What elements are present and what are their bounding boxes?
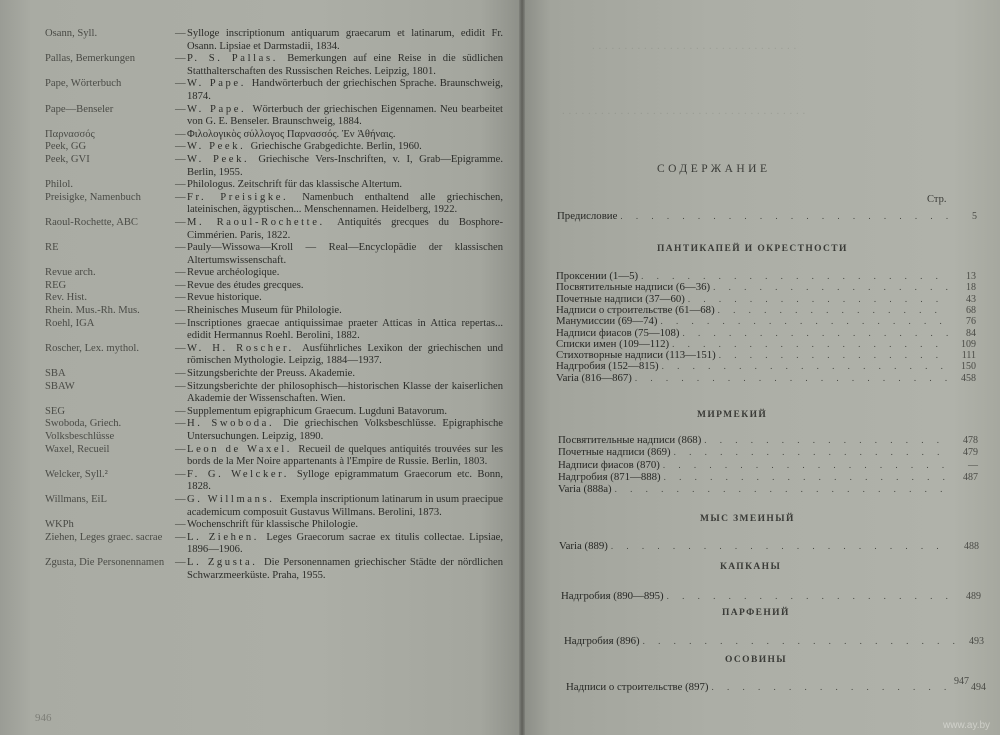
abbreviation-definition: Fr. Preisigke. Namenbuch enthaltend alle… bbox=[187, 192, 503, 217]
toc-entry-label: Предисловие bbox=[557, 210, 617, 223]
abbreviation-key: Zgusta, Die Personennamen bbox=[45, 557, 175, 582]
abbreviation-definition: Wochenschrift für klassische Philologie. bbox=[187, 519, 503, 532]
right-page-contents: . . . . . . . . . . . . . . . . . . . . … bbox=[522, 0, 1000, 735]
toc-section-heading: ПАРФЕНИЙ bbox=[722, 608, 790, 618]
book-gutter bbox=[519, 0, 525, 735]
abbreviation-key: Roscher, Lex. mythol. bbox=[45, 343, 175, 368]
em-dash: — bbox=[175, 53, 187, 78]
definition-text: Rheinisches Museum für Philologie. bbox=[187, 305, 342, 316]
bleed-through-text: . . . . . . . . . . . . . . . . . . . . … bbox=[562, 105, 806, 117]
author-name: P. S. Pallas. bbox=[187, 53, 287, 64]
toc-section-heading: ОСОВИНЫ bbox=[725, 655, 787, 665]
abbreviation-definition: G. Willmans. Exempla inscriptionum latin… bbox=[187, 494, 503, 519]
em-dash: — bbox=[175, 406, 187, 419]
author-name: G. Willmans. bbox=[187, 494, 280, 505]
abbreviation-definition: Philologus. Zeitschrift für das klassisc… bbox=[187, 179, 503, 192]
abbreviation-definition: Leon de Waxel. Recueil de quelques antiq… bbox=[187, 444, 503, 469]
em-dash: — bbox=[175, 267, 187, 280]
abbreviation-entry: SEG—Supplementum epigraphicum Graecum. L… bbox=[45, 406, 503, 419]
abbreviation-entry: Roehl, IGA—Inscriptiones graecae antiqui… bbox=[45, 318, 503, 343]
left-page-abbreviations: Osann, Syll.—Sylloge inscriptionum antiq… bbox=[0, 0, 522, 735]
abbreviation-entry: Willmans, EiL—G. Willmans. Exempla inscr… bbox=[45, 494, 503, 519]
abbreviation-definition: P. S. Pallas. Bemerkungen auf eine Reise… bbox=[187, 53, 503, 78]
author-name: Leon de Waxel. bbox=[187, 444, 298, 455]
abbreviation-entry: Παρνασσός—Φιλολογικὸς σύλλογος Παρνασσός… bbox=[45, 129, 503, 142]
dot-leader: . . . . . . . . . . . . . . . . . . . . … bbox=[667, 590, 954, 603]
abbreviation-key: Peek, GG bbox=[45, 141, 175, 154]
abbreviation-definition: Revue archéologique. bbox=[187, 267, 503, 280]
em-dash: — bbox=[175, 381, 187, 406]
author-name: L. Zgusta. bbox=[187, 557, 264, 568]
toc-section-heading: КАПКАНЫ bbox=[720, 562, 781, 572]
toc-entry: Предисловие. . . . . . . . . . . . . . .… bbox=[557, 210, 977, 224]
definition-text: Supplementum epigraphicum Graecum. Lugdu… bbox=[187, 406, 447, 417]
definition-text: Pauly—Wissowa—Kroll — Real—Encyclopädie … bbox=[187, 242, 503, 266]
em-dash: — bbox=[175, 154, 187, 179]
em-dash: — bbox=[175, 280, 187, 293]
toc-entry-label: Посвятительные надписи (868) bbox=[558, 434, 701, 447]
abbreviation-key: Revue arch. bbox=[45, 267, 175, 280]
toc-page-number: 5 bbox=[953, 211, 977, 224]
dot-leader: . . . . . . . . . . . . . . . . . . . . … bbox=[643, 635, 957, 648]
em-dash: — bbox=[175, 78, 187, 103]
toc-entry-label: Надгробия (890—895) bbox=[561, 590, 664, 603]
author-name: H. Swoboda. bbox=[187, 418, 283, 429]
abbreviation-key: Swoboda, Griech. Volksbeschlüsse bbox=[45, 418, 175, 443]
em-dash: — bbox=[175, 368, 187, 381]
toc-entry: Надписи о строительстве (897). . . . . .… bbox=[566, 681, 986, 695]
toc-entry-label: Надгробия (871—888) bbox=[558, 471, 661, 484]
toc-entry: Varia (816—867). . . . . . . . . . . . .… bbox=[556, 372, 976, 386]
toc-entry-label: Почетные надписи (869) bbox=[558, 446, 671, 459]
toc-entry: Varia (888a). . . . . . . . . . . . . . … bbox=[558, 483, 978, 496]
abbreviation-entry: SBA—Sitzungsberichte der Preuss. Akademi… bbox=[45, 368, 503, 381]
abbreviation-key: Rhein. Mus.-Rh. Mus. bbox=[45, 305, 175, 318]
dot-leader: . . . . . . . . . . . . . . . . . . . . … bbox=[704, 434, 951, 447]
abbreviation-key: Pape, Wörterbuch bbox=[45, 78, 175, 103]
abbreviation-entry: REG—Revue des études grecques. bbox=[45, 280, 503, 293]
abbreviation-key: Pallas, Bemerkungen bbox=[45, 53, 175, 78]
abbreviation-key: Παρνασσός bbox=[45, 129, 175, 142]
toc-entry-label: Varia (888a) bbox=[558, 483, 612, 496]
abbreviation-key: Ziehen, Leges graec. sacrae bbox=[45, 532, 175, 557]
toc-section-heading: МЫС ЗМЕИНЫЙ bbox=[700, 514, 795, 524]
em-dash: — bbox=[175, 305, 187, 318]
toc-entry: Varia (889). . . . . . . . . . . . . . .… bbox=[559, 540, 979, 554]
author-name: F. G. Welcker. bbox=[187, 469, 297, 480]
abbreviation-definition: Φιλολογικὸς σύλλογος Παρνασσός. Ἐν Ἀθήνα… bbox=[187, 129, 503, 142]
abbreviation-definition: W. Pape. Wörterbuch der griechischen Eig… bbox=[187, 104, 503, 129]
abbreviation-key: Willmans, EiL bbox=[45, 494, 175, 519]
dot-leader: . . . . . . . . . . . . . . . . . . . . … bbox=[611, 540, 952, 553]
em-dash: — bbox=[175, 532, 187, 557]
abbreviation-definition: H. Swoboda. Die griechischen Volksbeschl… bbox=[187, 418, 503, 443]
abbreviation-definition: Rheinisches Museum für Philologie. bbox=[187, 305, 503, 318]
abbreviations-list: Osann, Syll.—Sylloge inscriptionum antiq… bbox=[45, 28, 503, 582]
abbreviation-key: Osann, Syll. bbox=[45, 28, 175, 53]
abbreviation-definition: W. H. Roscher. Ausführliches Lexikon der… bbox=[187, 343, 503, 368]
author-name: M. Raoul-Rochette. bbox=[187, 217, 337, 228]
definition-text: Sylloge inscriptionum antiquarum graecar… bbox=[187, 28, 503, 52]
abbreviation-entry: Philol.—Philologus. Zeitschrift für das … bbox=[45, 179, 503, 192]
em-dash: — bbox=[175, 444, 187, 469]
toc-section-heading: МИРМЕКИЙ bbox=[697, 410, 767, 420]
abbreviation-entry: Pape, Wörterbuch—W. Pape. Handwörterbuch… bbox=[45, 78, 503, 103]
abbreviation-definition: W. Peek. Griechische Vers-Inschriften, v… bbox=[187, 154, 503, 179]
abbreviation-entry: Zgusta, Die Personennamen—L. Zgusta. Die… bbox=[45, 557, 503, 582]
abbreviation-definition: Sitzungsberichte der Preuss. Akademie. bbox=[187, 368, 503, 381]
abbreviation-definition: Sitzungsberichte der philosophisch—histo… bbox=[187, 381, 503, 406]
abbreviation-key: SBA bbox=[45, 368, 175, 381]
toc-page-number: 488 bbox=[955, 541, 979, 554]
em-dash: — bbox=[175, 242, 187, 267]
abbreviation-entry: Welcker, Syll.²—F. G. Welcker. Sylloge e… bbox=[45, 469, 503, 494]
definition-text: Sitzungsberichte der Preuss. Akademie. bbox=[187, 368, 355, 379]
abbreviation-entry: Waxel, Recueil—Leon de Waxel. Recueil de… bbox=[45, 444, 503, 469]
abbreviation-key: Raoul-Rochette, ABC bbox=[45, 217, 175, 242]
abbreviation-entry: SBAW—Sitzungsberichte der philosophisch—… bbox=[45, 381, 503, 406]
em-dash: — bbox=[175, 104, 187, 129]
em-dash: — bbox=[175, 343, 187, 368]
abbreviation-entry: Pape—Benseler—W. Pape. Wörterbuch der gr… bbox=[45, 104, 503, 129]
abbreviation-definition: Revue des études grecques. bbox=[187, 280, 503, 293]
author-name: W. Peek. bbox=[187, 154, 258, 165]
author-name: L. Ziehen. bbox=[187, 532, 266, 543]
toc-entry-label: Надписи о строительстве (897) bbox=[566, 681, 708, 694]
author-name: W. Peek. bbox=[187, 141, 251, 152]
toc-page-number: 489 bbox=[957, 591, 981, 604]
abbreviation-definition: L. Zgusta. Die Personennamen griechische… bbox=[187, 557, 503, 582]
abbreviation-key: WKPh bbox=[45, 519, 175, 532]
definition-text: Sitzungsberichte der philosophisch—histo… bbox=[187, 381, 503, 405]
author-name: W. Pape. bbox=[187, 104, 252, 115]
toc-entry-label: Varia (816—867) bbox=[556, 372, 632, 385]
definition-text: Revue des études grecques. bbox=[187, 280, 304, 291]
page-number: 947 bbox=[954, 676, 969, 687]
abbreviation-entry: Swoboda, Griech. Volksbeschlüsse—H. Swob… bbox=[45, 418, 503, 443]
em-dash: — bbox=[175, 28, 187, 53]
abbreviation-entry: Raoul-Rochette, ABC—M. Raoul-Rochette. A… bbox=[45, 217, 503, 242]
dot-leader: . . . . . . . . . . . . . . . . . . . . … bbox=[635, 372, 949, 385]
dot-leader: . . . . . . . . . . . . . . . . . . . . … bbox=[674, 446, 951, 459]
toc-entry-label: Varia (889) bbox=[559, 540, 608, 553]
abbreviation-definition: M. Raoul-Rochette. Antiquités grecques d… bbox=[187, 217, 503, 242]
definition-text: Philologus. Zeitschrift für das klassisc… bbox=[187, 179, 402, 190]
abbreviation-key: SBAW bbox=[45, 381, 175, 406]
abbreviation-definition: Inscriptiones graecae antiquissimae prae… bbox=[187, 318, 503, 343]
abbreviation-entry: Preisigke, Namenbuch—Fr. Preisigke. Name… bbox=[45, 192, 503, 217]
abbreviation-entry: Pallas, Bemerkungen—P. S. Pallas. Bemerk… bbox=[45, 53, 503, 78]
abbreviation-definition: W. Pape. Handwörterbuch der griechischen… bbox=[187, 78, 503, 103]
abbreviation-entry: Peek, GVI—W. Peek. Griechische Vers-Insc… bbox=[45, 154, 503, 179]
abbreviation-definition: Sylloge inscriptionum antiquarum graecar… bbox=[187, 28, 503, 53]
toc-section-heading: ПАНТИКАПЕЙ И ОКРЕСТНОСТИ bbox=[657, 244, 848, 254]
toc-entry: Надгробия (890—895). . . . . . . . . . .… bbox=[561, 590, 981, 604]
abbreviation-key: SEG bbox=[45, 406, 175, 419]
abbreviation-key: RE bbox=[45, 242, 175, 267]
em-dash: — bbox=[175, 217, 187, 242]
definition-text: Revue historique. bbox=[187, 292, 262, 303]
em-dash: — bbox=[175, 418, 187, 443]
em-dash: — bbox=[175, 318, 187, 343]
abbreviation-key: Waxel, Recueil bbox=[45, 444, 175, 469]
em-dash: — bbox=[175, 469, 187, 494]
definition-text: Wochenschrift für klassische Philologie. bbox=[187, 519, 358, 530]
dot-leader: . . . . . . . . . . . . . . . . . . . . … bbox=[711, 681, 959, 694]
em-dash: — bbox=[175, 494, 187, 519]
em-dash: — bbox=[175, 179, 187, 192]
contents-title: СОДЕРЖАНИЕ bbox=[657, 163, 771, 175]
left-page-number: 946 bbox=[35, 712, 52, 724]
dot-leader: . . . . . . . . . . . . . . . . . . . . … bbox=[620, 210, 950, 223]
toc-entry-label: Надписи фиасов (870) bbox=[558, 459, 660, 472]
author-name: Fr. Preisigke. bbox=[187, 192, 302, 203]
abbreviation-entry: Revue arch.—Revue archéologique. bbox=[45, 267, 503, 280]
abbreviation-entry: RE—Pauly—Wissowa—Kroll — Real—Encyclopäd… bbox=[45, 242, 503, 267]
definition-text: Inscriptiones graecae antiquissimae prae… bbox=[187, 318, 503, 342]
abbreviation-key: Roehl, IGA bbox=[45, 318, 175, 343]
abbreviation-key: Welcker, Syll.² bbox=[45, 469, 175, 494]
abbreviation-key: Peek, GVI bbox=[45, 154, 175, 179]
dot-leader: . . . . . . . . . . . . . . . . . . . . … bbox=[663, 459, 951, 472]
definition-text: Griechische Grabgedichte. Berlin, 1960. bbox=[251, 141, 422, 152]
em-dash: — bbox=[175, 292, 187, 305]
abbreviation-key: Philol. bbox=[45, 179, 175, 192]
em-dash: — bbox=[175, 129, 187, 142]
em-dash: — bbox=[175, 557, 187, 582]
author-name: W. Pape. bbox=[187, 78, 252, 89]
abbreviation-entry: Roscher, Lex. mythol.—W. H. Roscher. Aus… bbox=[45, 343, 503, 368]
dot-leader: . . . . . . . . . . . . . . . . . . . . … bbox=[615, 483, 951, 496]
dot-leader: . . . . . . . . . . . . . . . . . . . . … bbox=[664, 471, 951, 484]
abbreviation-key: Preisigke, Namenbuch bbox=[45, 192, 175, 217]
abbreviation-entry: WKPh—Wochenschrift für klassische Philol… bbox=[45, 519, 503, 532]
open-book-spread: Osann, Syll.—Sylloge inscriptionum antiq… bbox=[0, 0, 1000, 735]
abbreviation-definition: W. Peek. Griechische Grabgedichte. Berli… bbox=[187, 141, 503, 154]
abbreviation-key: Pape—Benseler bbox=[45, 104, 175, 129]
toc-page-number: 458 bbox=[952, 373, 976, 386]
abbreviation-definition: F. G. Welcker. Sylloge epigrammatum Grae… bbox=[187, 469, 503, 494]
em-dash: — bbox=[175, 141, 187, 154]
author-name: W. H. Roscher. bbox=[187, 343, 302, 354]
bleed-through-text: . . . . . . . . . . . . . . . . . . . . … bbox=[592, 40, 797, 52]
watermark: www.ay.by bbox=[943, 720, 990, 731]
definition-text: Φιλολογικὸς σύλλογος Παρνασσός. Ἐν Ἀθήνα… bbox=[187, 129, 396, 140]
em-dash: — bbox=[175, 192, 187, 217]
abbreviation-key: Rev. Hist. bbox=[45, 292, 175, 305]
toc-page-number: 493 bbox=[960, 636, 984, 649]
abbreviation-entry: Rev. Hist.—Revue historique. bbox=[45, 292, 503, 305]
abbreviation-definition: Supplementum epigraphicum Graecum. Lugdu… bbox=[187, 406, 503, 419]
abbreviation-definition: L. Ziehen. Leges Graecorum sacrae ex tit… bbox=[187, 532, 503, 557]
abbreviation-entry: Osann, Syll.—Sylloge inscriptionum antiq… bbox=[45, 28, 503, 53]
abbreviation-definition: Revue historique. bbox=[187, 292, 503, 305]
em-dash: — bbox=[175, 519, 187, 532]
abbreviation-definition: Pauly—Wissowa—Kroll — Real—Encyclopädie … bbox=[187, 242, 503, 267]
abbreviation-entry: Peek, GG—W. Peek. Griechische Grabgedich… bbox=[45, 141, 503, 154]
definition-text: Revue archéologique. bbox=[187, 267, 279, 278]
page-column-label: Стр. bbox=[927, 194, 946, 205]
abbreviation-key: REG bbox=[45, 280, 175, 293]
toc-entry: Надгробия (896). . . . . . . . . . . . .… bbox=[564, 635, 984, 649]
abbreviation-entry: Rhein. Mus.-Rh. Mus.—Rheinisches Museum … bbox=[45, 305, 503, 318]
abbreviation-entry: Ziehen, Leges graec. sacrae—L. Ziehen. L… bbox=[45, 532, 503, 557]
toc-entry-label: Надгробия (896) bbox=[564, 635, 640, 648]
